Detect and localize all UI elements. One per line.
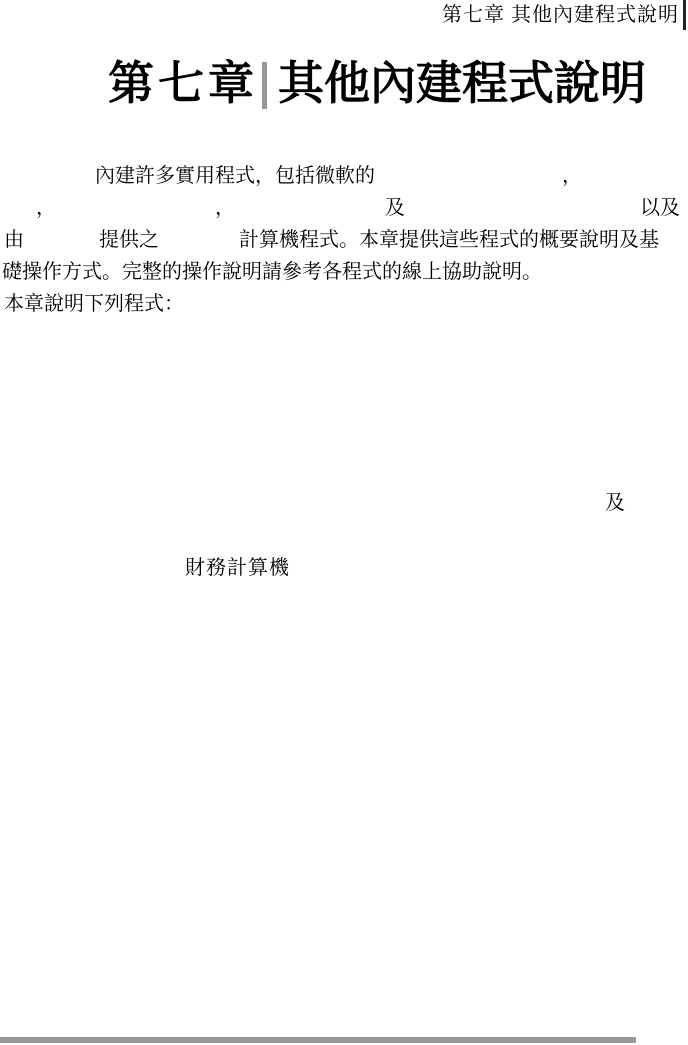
footer-rule bbox=[0, 1037, 636, 1043]
intro-paragraph-fragment: 及 bbox=[385, 196, 405, 220]
intro-paragraph-fragment: 礎操作方式。完整的操作說明請參考各程式的線上協助說明。 bbox=[2, 260, 542, 284]
intro-paragraph-fragment: 提供之 bbox=[99, 228, 159, 252]
document-page: 第七章 其他內建程式說明 第七章 其他內建程式說明 內建許多實用程式，包括微軟的… bbox=[0, 0, 688, 1045]
intro-paragraph-fragment: ， bbox=[562, 164, 582, 188]
section-heading: 本章說明下列程式： bbox=[4, 292, 184, 316]
chapter-number: 第七章 bbox=[108, 57, 258, 110]
intro-paragraph-fragment: 內建許多實用程式，包括微軟的 bbox=[95, 164, 375, 188]
running-header: 第七章 其他內建程式說明 bbox=[442, 3, 679, 27]
intro-paragraph-fragment: ， bbox=[215, 196, 235, 220]
header-rule bbox=[683, 0, 686, 30]
intro-paragraph-fragment: 由 bbox=[4, 228, 24, 252]
intro-paragraph-fragment: 以及 bbox=[640, 196, 680, 220]
program-list-financial-calculator: 財務計算機 bbox=[185, 556, 290, 580]
title-divider bbox=[262, 62, 267, 109]
program-list-conjunction: 及 bbox=[605, 491, 625, 515]
intro-paragraph-fragment: 計算機程式。本章提供這些程式的概要說明及基 bbox=[239, 228, 659, 252]
intro-paragraph-fragment: ， bbox=[36, 196, 56, 220]
chapter-subject: 其他內建程式說明 bbox=[278, 57, 646, 110]
